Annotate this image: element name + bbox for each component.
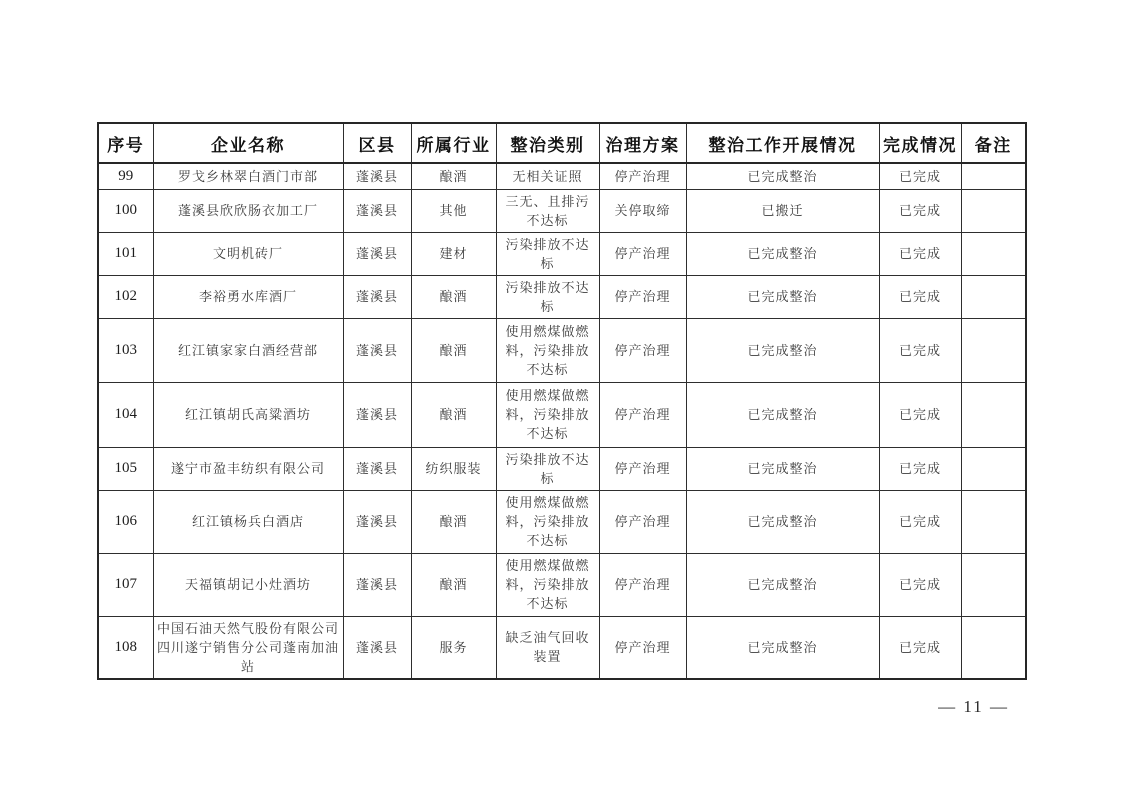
cell-name: 红江镇胡氏高粱酒坊 — [153, 382, 343, 447]
cell-remark — [961, 490, 1026, 553]
table-row: 108中国石油天然气股份有限公司四川遂宁销售分公司蓬南加油站蓬溪县服务缺乏油气回… — [98, 616, 1026, 679]
cell-status: 已完成 — [879, 275, 961, 318]
cell-progress: 已完成整治 — [686, 382, 879, 447]
cell-name: 中国石油天然气股份有限公司四川遂宁销售分公司蓬南加油站 — [153, 616, 343, 679]
cell-progress: 已完成整治 — [686, 275, 879, 318]
cell-category: 无相关证照 — [496, 163, 599, 189]
cell-no: 108 — [98, 616, 153, 679]
cell-progress: 已完成整治 — [686, 553, 879, 616]
cell-industry: 酿酒 — [411, 318, 496, 382]
header-cell-industry: 所属行业 — [411, 123, 496, 163]
header-cell-name: 企业名称 — [153, 123, 343, 163]
cell-category: 污染排放不达标 — [496, 275, 599, 318]
cell-category: 三无、且排污不达标 — [496, 189, 599, 232]
table-row: 104红江镇胡氏高粱酒坊蓬溪县酿酒使用燃煤做燃料，污染排放不达标停产治理已完成整… — [98, 382, 1026, 447]
cell-no: 105 — [98, 447, 153, 490]
cell-progress: 已完成整治 — [686, 447, 879, 490]
cell-plan: 停产治理 — [599, 232, 686, 275]
header-cell-no: 序号 — [98, 123, 153, 163]
cell-plan: 停产治理 — [599, 553, 686, 616]
cell-category: 缺乏油气回收装置 — [496, 616, 599, 679]
cell-plan: 停产治理 — [599, 163, 686, 189]
cell-plan: 停产治理 — [599, 490, 686, 553]
cell-plan: 关停取缔 — [599, 189, 686, 232]
cell-no: 101 — [98, 232, 153, 275]
cell-category: 污染排放不达标 — [496, 232, 599, 275]
header-cell-progress: 整治工作开展情况 — [686, 123, 879, 163]
cell-no: 99 — [98, 163, 153, 189]
cell-district: 蓬溪县 — [343, 275, 411, 318]
cell-district: 蓬溪县 — [343, 163, 411, 189]
header-cell-remark: 备注 — [961, 123, 1026, 163]
cell-industry: 酿酒 — [411, 490, 496, 553]
table-row: 106红江镇杨兵白酒店蓬溪县酿酒使用燃煤做燃料，污染排放不达标停产治理已完成整治… — [98, 490, 1026, 553]
header-row: 序号企业名称区县所属行业整治类别治理方案整治工作开展情况完成情况备注 — [98, 123, 1026, 163]
cell-name: 罗戈乡林翠白酒门市部 — [153, 163, 343, 189]
cell-progress: 已完成整治 — [686, 616, 879, 679]
cell-plan: 停产治理 — [599, 616, 686, 679]
cell-progress: 已完成整治 — [686, 232, 879, 275]
cell-name: 文明机砖厂 — [153, 232, 343, 275]
cell-district: 蓬溪县 — [343, 616, 411, 679]
header-cell-category: 整治类别 — [496, 123, 599, 163]
cell-name: 红江镇家家白酒经营部 — [153, 318, 343, 382]
cell-plan: 停产治理 — [599, 447, 686, 490]
cell-remark — [961, 318, 1026, 382]
cell-remark — [961, 275, 1026, 318]
cell-remark — [961, 163, 1026, 189]
cell-category: 污染排放不达标 — [496, 447, 599, 490]
cell-category: 使用燃煤做燃料，污染排放不达标 — [496, 318, 599, 382]
cell-progress: 已完成整治 — [686, 163, 879, 189]
cell-district: 蓬溪县 — [343, 490, 411, 553]
cell-category: 使用燃煤做燃料，污染排放不达标 — [496, 490, 599, 553]
cell-status: 已完成 — [879, 318, 961, 382]
cell-name: 李裕勇水库酒厂 — [153, 275, 343, 318]
cell-name: 蓬溪县欣欣肠衣加工厂 — [153, 189, 343, 232]
rectification-table: 序号企业名称区县所属行业整治类别治理方案整治工作开展情况完成情况备注 99罗戈乡… — [97, 122, 1027, 680]
cell-industry: 酿酒 — [411, 275, 496, 318]
cell-district: 蓬溪县 — [343, 553, 411, 616]
cell-industry: 酿酒 — [411, 163, 496, 189]
table-body: 99罗戈乡林翠白酒门市部蓬溪县酿酒无相关证照停产治理已完成整治已完成100蓬溪县… — [98, 163, 1026, 679]
cell-name: 天福镇胡记小灶酒坊 — [153, 553, 343, 616]
document-page: 序号企业名称区县所属行业整治类别治理方案整治工作开展情况完成情况备注 99罗戈乡… — [0, 0, 1122, 793]
cell-status: 已完成 — [879, 232, 961, 275]
header-cell-plan: 治理方案 — [599, 123, 686, 163]
cell-category: 使用燃煤做燃料，污染排放不达标 — [496, 553, 599, 616]
cell-plan: 停产治理 — [599, 275, 686, 318]
cell-plan: 停产治理 — [599, 318, 686, 382]
table-row: 101文明机砖厂蓬溪县建材污染排放不达标停产治理已完成整治已完成 — [98, 232, 1026, 275]
page-number: — 11 — — [938, 697, 1009, 717]
cell-category: 使用燃煤做燃料，污染排放不达标 — [496, 382, 599, 447]
cell-industry: 酿酒 — [411, 553, 496, 616]
cell-district: 蓬溪县 — [343, 232, 411, 275]
cell-no: 103 — [98, 318, 153, 382]
cell-status: 已完成 — [879, 382, 961, 447]
cell-industry: 酿酒 — [411, 382, 496, 447]
cell-district: 蓬溪县 — [343, 318, 411, 382]
cell-district: 蓬溪县 — [343, 447, 411, 490]
cell-status: 已完成 — [879, 447, 961, 490]
cell-remark — [961, 382, 1026, 447]
cell-name: 遂宁市盈丰纺织有限公司 — [153, 447, 343, 490]
cell-no: 104 — [98, 382, 153, 447]
cell-remark — [961, 232, 1026, 275]
table-header: 序号企业名称区县所属行业整治类别治理方案整治工作开展情况完成情况备注 — [98, 123, 1026, 163]
cell-status: 已完成 — [879, 163, 961, 189]
table-row: 103红江镇家家白酒经营部蓬溪县酿酒使用燃煤做燃料，污染排放不达标停产治理已完成… — [98, 318, 1026, 382]
cell-no: 102 — [98, 275, 153, 318]
cell-remark — [961, 447, 1026, 490]
cell-status: 已完成 — [879, 490, 961, 553]
cell-status: 已完成 — [879, 553, 961, 616]
cell-plan: 停产治理 — [599, 382, 686, 447]
cell-remark — [961, 553, 1026, 616]
table-row: 107天福镇胡记小灶酒坊蓬溪县酿酒使用燃煤做燃料，污染排放不达标停产治理已完成整… — [98, 553, 1026, 616]
cell-no: 100 — [98, 189, 153, 232]
cell-progress: 已完成整治 — [686, 318, 879, 382]
header-cell-status: 完成情况 — [879, 123, 961, 163]
cell-name: 红江镇杨兵白酒店 — [153, 490, 343, 553]
table-row: 100蓬溪县欣欣肠衣加工厂蓬溪县其他三无、且排污不达标关停取缔已搬迁已完成 — [98, 189, 1026, 232]
cell-district: 蓬溪县 — [343, 189, 411, 232]
table-row: 102李裕勇水库酒厂蓬溪县酿酒污染排放不达标停产治理已完成整治已完成 — [98, 275, 1026, 318]
cell-industry: 服务 — [411, 616, 496, 679]
cell-no: 106 — [98, 490, 153, 553]
cell-progress: 已搬迁 — [686, 189, 879, 232]
cell-industry: 建材 — [411, 232, 496, 275]
cell-progress: 已完成整治 — [686, 490, 879, 553]
table-row: 99罗戈乡林翠白酒门市部蓬溪县酿酒无相关证照停产治理已完成整治已完成 — [98, 163, 1026, 189]
cell-industry: 纺织服装 — [411, 447, 496, 490]
cell-no: 107 — [98, 553, 153, 616]
cell-district: 蓬溪县 — [343, 382, 411, 447]
cell-remark — [961, 616, 1026, 679]
cell-status: 已完成 — [879, 616, 961, 679]
cell-industry: 其他 — [411, 189, 496, 232]
header-cell-district: 区县 — [343, 123, 411, 163]
cell-status: 已完成 — [879, 189, 961, 232]
cell-remark — [961, 189, 1026, 232]
table-row: 105遂宁市盈丰纺织有限公司蓬溪县纺织服装污染排放不达标停产治理已完成整治已完成 — [98, 447, 1026, 490]
